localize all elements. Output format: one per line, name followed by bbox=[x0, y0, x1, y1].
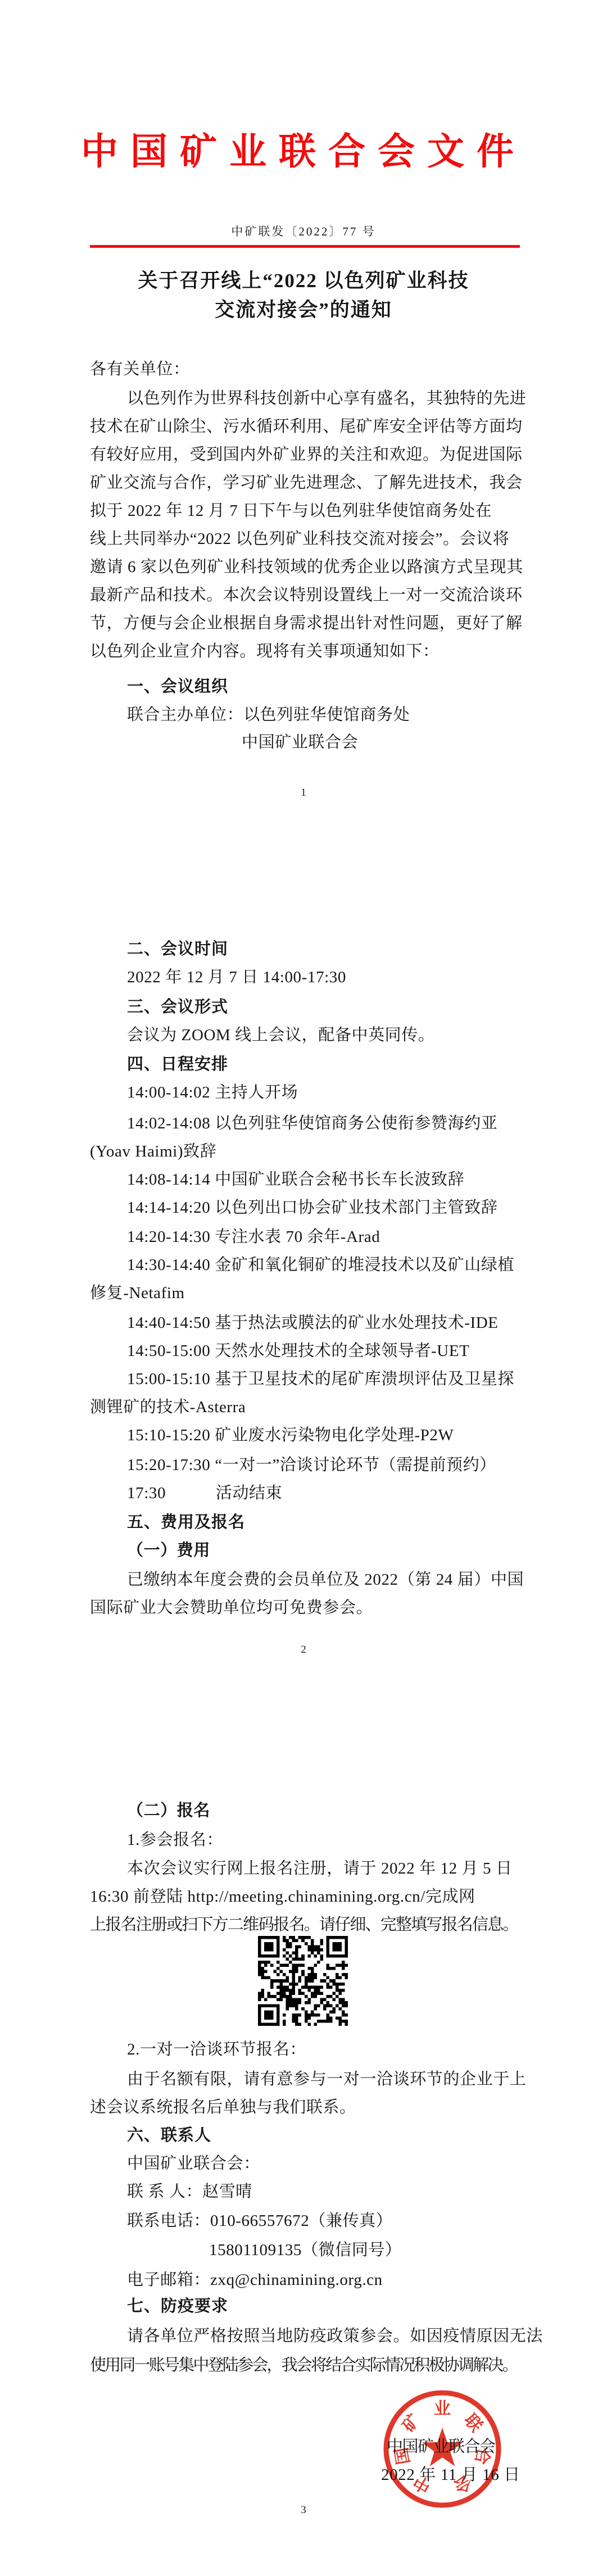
section-heading-fee-signup: 五、费用及报名 bbox=[127, 1512, 245, 1533]
red-divider bbox=[90, 245, 520, 248]
fee-subheading: （一）费用 bbox=[127, 1540, 210, 1561]
svg-text:矿: 矿 bbox=[399, 2411, 424, 2436]
org-header: 中国矿业联合会文件 bbox=[0, 121, 607, 175]
organizer-line: 联合主办单位：以色列驻华使馆商务处 bbox=[127, 705, 410, 725]
agenda-line: 14:50-15:00 天然水处理技术的全球领导者-UET bbox=[127, 1341, 469, 1362]
section-heading-organization: 一、会议组织 bbox=[127, 677, 228, 697]
intro-line: 有较好应用，受到国内外矿业界的关注和欢迎。为促进国际 bbox=[90, 445, 523, 465]
section-heading-time: 二、会议时间 bbox=[127, 939, 228, 960]
doc-title-line2: 交流对接会”的通知 bbox=[0, 294, 607, 323]
agenda-line: 14:00-14:02 主持人开场 bbox=[127, 1082, 298, 1103]
intro-line: 以色列企业宣介内容。现将有关事项通知如下： bbox=[90, 641, 440, 662]
page-number-1: 1 bbox=[0, 787, 607, 799]
agenda-line: 14:14-14:20 以色列出口协会矿业技术部门主管致辞 bbox=[127, 1198, 497, 1218]
signup2-label: 2.一对一洽谈环节报名： bbox=[127, 2039, 306, 2060]
meeting-format: 会议为 ZOOM 线上会议，配备中英同传。 bbox=[127, 1025, 435, 1046]
svg-text:业: 业 bbox=[434, 2400, 451, 2418]
agenda-line: 15:10-15:20 矿业废水污染物电化学处理-P2W bbox=[127, 1425, 454, 1446]
svg-text:联: 联 bbox=[460, 2411, 486, 2436]
document-number: 中矿联发〔2022〕77 号 bbox=[0, 223, 607, 239]
doc-title-line1: 关于召开线上“2022 以色列矿业科技 bbox=[0, 265, 607, 293]
agenda-line: 15:00-15:10 基于卫星技术的尾矿库溃坝评估及卫星探 bbox=[127, 1369, 514, 1390]
section-heading-agenda: 四、日程安排 bbox=[127, 1054, 228, 1075]
intro-line: 拟于 2022 年 12 月 7 日下午与以色列驻华使馆商务处在 bbox=[90, 501, 492, 521]
salutation: 各有关单位： bbox=[90, 359, 190, 380]
contact-line: 中国矿业联合会： bbox=[127, 2153, 260, 2174]
page-number-3: 3 bbox=[0, 2504, 607, 2516]
contact-email: 电子邮箱：zxq@chinamining.org.cn bbox=[127, 2270, 383, 2291]
page-number-2: 2 bbox=[0, 1644, 607, 1656]
organizer-line: 中国矿业联合会 bbox=[242, 732, 358, 753]
signup2-line: 述会议系统报名后单独与我们联系。 bbox=[90, 2097, 356, 2118]
signup-subheading: （二）报名 bbox=[127, 1801, 210, 1821]
qr-code bbox=[257, 1936, 348, 2026]
fee-line: 已缴纳本年度会费的会员单位及 2022（第 24 届）中国 bbox=[127, 1570, 524, 1590]
meeting-time: 2022 年 12 月 7 日 14:00-17:30 bbox=[127, 967, 346, 988]
agenda-line: 14:20-14:30 专注水表 70 余年-Arad bbox=[127, 1227, 380, 1248]
covid-line: 请各单位严格按照当地防疫政策参会。如因疫情原因无法 bbox=[127, 2326, 543, 2347]
agenda-line: (Yoav Haimi)致辞 bbox=[90, 1141, 216, 1162]
agenda-line: 14:40-14:50 基于热法或膜法的矿业水处理技术-IDE bbox=[127, 1313, 499, 1334]
intro-line: 技术在矿山除尘、污水循环利用、尾矿库安全评估等方面均 bbox=[90, 416, 523, 437]
intro-line: 最新产品和技术。本次会议特别设置线上一对一交流洽谈环 bbox=[90, 585, 523, 606]
agenda-line: 14:02-14:08 以色列驻华使馆商务公使衔参赞海约亚 bbox=[127, 1113, 497, 1134]
intro-line: 邀请 6 家以色列矿业科技领域的优秀企业以路演方式呈现其 bbox=[90, 557, 523, 578]
contact-mobile: 15801109135（微信同号） bbox=[209, 2240, 402, 2261]
agenda-line: 17:30 活动结束 bbox=[127, 1483, 282, 1504]
intro-line: 矿业交流与合作，学习矿业先进理念、了解先进技术，我会 bbox=[90, 473, 523, 493]
fee-line: 国际矿业大会赞助单位均可免费参会。 bbox=[90, 1598, 373, 1618]
intro-line: 线上共同举办“2022 以色列矿业科技交流对接会”。会议将 bbox=[90, 529, 509, 550]
agenda-line: 14:08-14:14 中国矿业联合会秘书长车长波致辞 bbox=[127, 1169, 464, 1190]
contact-person: 联 系 人：赵雪晴 bbox=[127, 2182, 252, 2202]
document-page: 中国矿业联合会文件 中矿联发〔2022〕77 号 关于召开线上“2022 以色列… bbox=[0, 0, 607, 2576]
signature-org: 中国矿业联合会 bbox=[387, 2437, 495, 2457]
covid-line: 使用同一账号集中登陆参会，我会将结合实际情况积极协调解决。 bbox=[90, 2355, 517, 2376]
section-heading-contacts: 六、联系人 bbox=[127, 2125, 211, 2146]
agenda-line: 14:30-14:40 金矿和氧化铜矿的堆浸技术以及矿山绿植 bbox=[127, 1255, 514, 1276]
signature-date: 2022 年 11 月 16 日 bbox=[381, 2465, 520, 2486]
contact-phone: 联系电话：010-66557672（兼传真） bbox=[127, 2211, 392, 2232]
agenda-line: 测锂矿的技术-Asterra bbox=[90, 1397, 246, 1418]
section-heading-format: 三、会议形式 bbox=[127, 997, 228, 1018]
agenda-line: 修复-Netafim bbox=[90, 1283, 185, 1304]
intro-line: 节，方便与会企业根据自身需求提出针对性问题，更好了解 bbox=[90, 613, 523, 634]
signup1-line: 16:30 前登陆 http://meeting.chinamining.org… bbox=[90, 1886, 475, 1907]
signup1-label: 1.参会报名： bbox=[127, 1830, 223, 1851]
signup2-line: 由于名额有限，请有意参与一对一洽谈环节的企业于上 bbox=[127, 2069, 526, 2090]
agenda-line: 15:20-17:30 “一对一”洽谈讨论环节（需提前预约） bbox=[127, 1455, 496, 1476]
section-heading-covid: 七、防疫要求 bbox=[127, 2296, 228, 2317]
intro-line: 以色列作为世界科技创新中心享有盛名，其独特的先进 bbox=[127, 388, 526, 409]
signup1-line: 上报名注册或扫下方二维码报名。请仔细、完整填写报名信息。 bbox=[90, 1915, 518, 1935]
signup1-line: 本次会议实行网上报名注册，请于 2022 年 12 月 5 日 bbox=[127, 1858, 513, 1879]
